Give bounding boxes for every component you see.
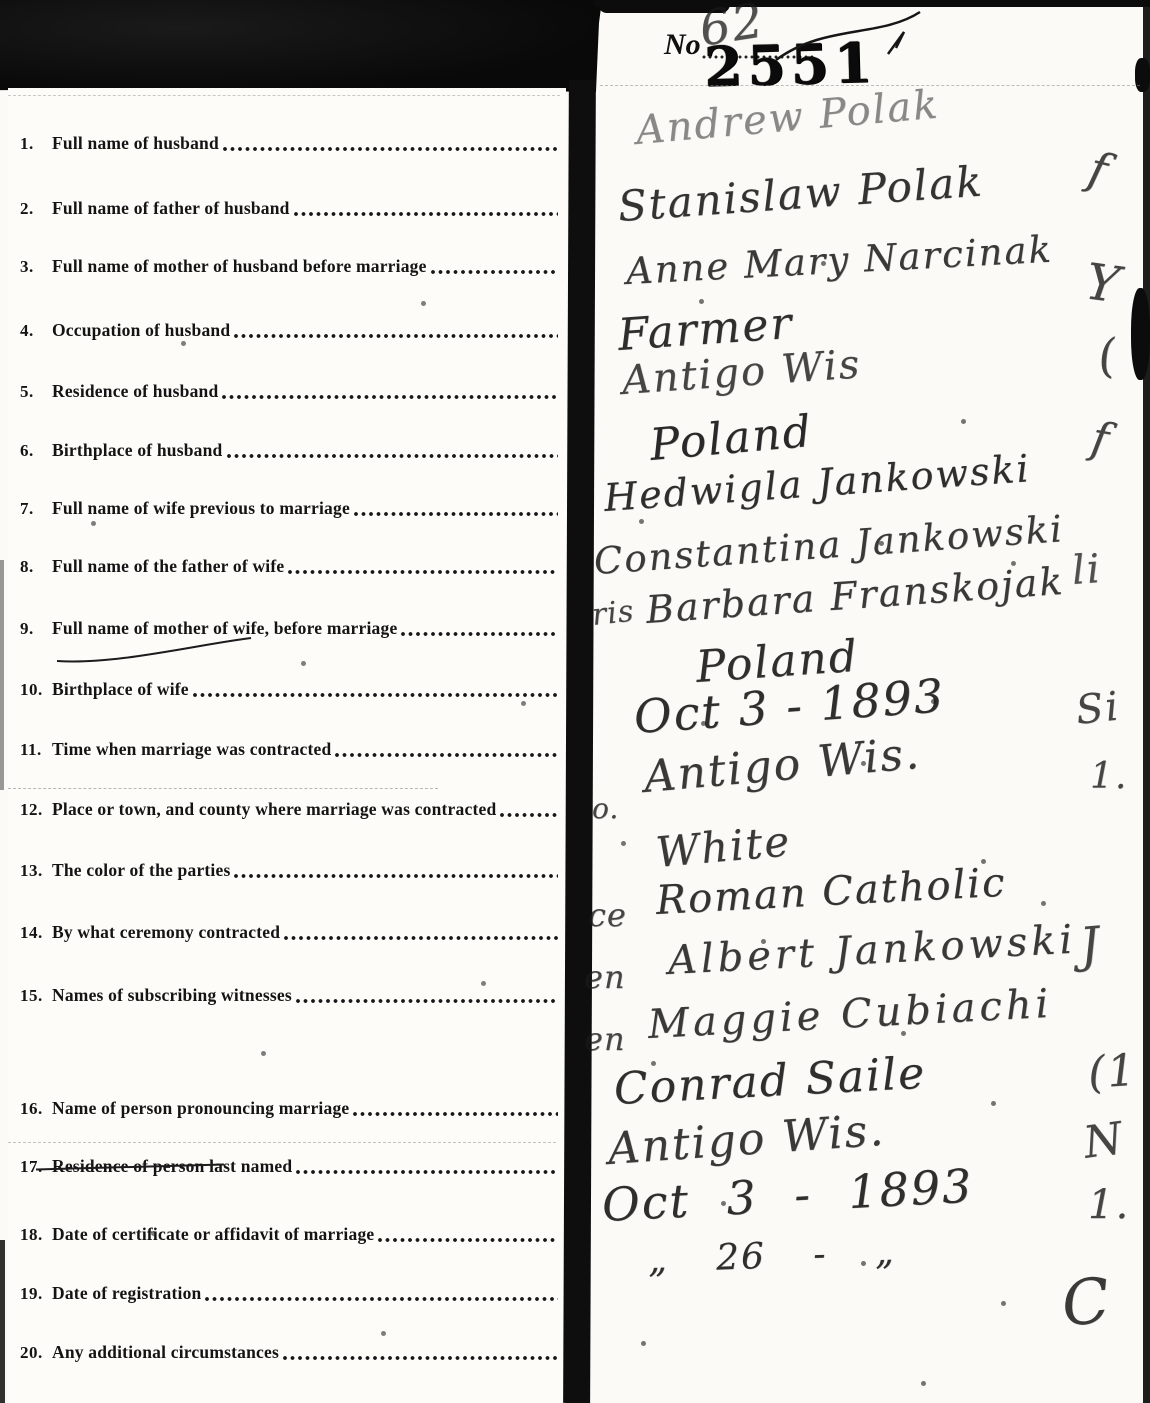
dotted-leader xyxy=(295,997,558,1005)
dotted-leader xyxy=(283,934,558,942)
form-row-3: 3.Full name of mother of husband before … xyxy=(20,256,558,277)
item-number: 17. xyxy=(20,1157,52,1177)
item-label: By what ceremony contracted xyxy=(52,922,283,943)
item-label: Names of subscribing witnesses xyxy=(52,985,295,1006)
dotted-leader xyxy=(499,811,558,819)
item-label: Birthplace of husband xyxy=(52,440,226,461)
form-row-16: 16.Name of person pronouncing marriage xyxy=(20,1098,558,1119)
answer-birthplace-husband: Poland xyxy=(648,406,815,471)
form-row-4: 4.Occupation of husband xyxy=(20,320,558,341)
form-row-13: 13.The color of the parties xyxy=(20,860,558,881)
stray-pen-mark: (1 xyxy=(1086,1045,1139,1099)
dotted-leader xyxy=(287,568,558,576)
dotted-leader xyxy=(352,1110,558,1118)
item-label: Full name of mother of husband before ma… xyxy=(52,256,430,277)
dotted-leader xyxy=(233,332,558,340)
stray-pen-mark: 1. xyxy=(1088,1182,1130,1228)
scan-edge-top-left xyxy=(0,0,602,92)
scan-edge-left xyxy=(0,1240,5,1403)
ink-speckles xyxy=(0,0,3,3)
stray-pen-mark: C xyxy=(1058,1263,1115,1341)
item-label: Residence of husband xyxy=(52,381,221,402)
item-number: 8. xyxy=(20,557,52,577)
item-number: 4. xyxy=(20,321,52,341)
answer-father-of-husband: Stanislaw Polak xyxy=(616,157,985,231)
scan-edge-right xyxy=(1143,0,1150,1403)
item-number: 19. xyxy=(20,1284,52,1304)
form-row-5: 5.Residence of husband xyxy=(20,381,558,402)
answer-registration-date: „ 26 - „ xyxy=(647,1231,896,1281)
item-number: 2. xyxy=(20,199,52,219)
item-number: 3. xyxy=(20,257,52,277)
item-number: 1. xyxy=(20,134,52,154)
answer-mother-of-husband: Anne Mary Narcinak xyxy=(625,228,1054,293)
form-row-6: 6.Birthplace of husband xyxy=(20,440,558,461)
item-label: Occupation of husband xyxy=(52,320,233,341)
item-number: 11. xyxy=(20,740,52,760)
dotted-leader xyxy=(204,1295,558,1303)
form-row-19: 19.Date of registration xyxy=(20,1283,558,1304)
item-number: 10. xyxy=(20,680,52,700)
form-row-8: 8.Full name of the father of wife xyxy=(20,556,558,577)
scan-artifact-line xyxy=(8,788,438,789)
dotted-leader xyxy=(282,1354,558,1362)
dotted-leader xyxy=(293,210,558,218)
item-label: The color of the parties xyxy=(52,860,233,881)
scan-artifact-line xyxy=(8,1142,556,1143)
stray-pen-mark: Si xyxy=(1074,684,1123,734)
form-row-14: 14.By what ceremony contracted xyxy=(20,922,558,943)
margin-fragment: ris xyxy=(590,594,636,633)
item-label: Date of certificate or affidavit of marr… xyxy=(52,1224,377,1245)
answer-color-of-parties: White xyxy=(654,816,793,877)
margin-fragment: o. xyxy=(592,792,619,825)
form-row-20: 20.Any additional circumstances xyxy=(20,1342,558,1363)
form-row-1: 1.Full name of husband xyxy=(20,133,558,154)
scan-artifact-line xyxy=(600,85,1140,86)
scanned-marriage-record: 1.Full name of husband 2.Full name of fa… xyxy=(0,0,1150,1403)
stray-pen-mark: 1. xyxy=(1090,756,1128,797)
stray-pen-mark: f xyxy=(1083,141,1115,198)
form-row-10: 10.Birthplace of wife xyxy=(20,679,558,700)
scan-edge-blob xyxy=(1131,288,1150,380)
item-number: 6. xyxy=(20,441,52,461)
item-number: 20. xyxy=(20,1343,52,1363)
dotted-leader xyxy=(295,1168,558,1176)
pen-flourish-checkmark xyxy=(770,2,970,68)
stray-pen-mark: ( xyxy=(1095,328,1120,384)
stray-pen-mark: li xyxy=(1070,546,1103,594)
item-number: 12. xyxy=(20,800,52,820)
scan-edge-left xyxy=(0,560,4,790)
dotted-leader xyxy=(233,872,558,880)
item-number: 18. xyxy=(20,1225,52,1245)
item-label: Full name of the father of wife xyxy=(52,556,287,577)
item-number: 7. xyxy=(20,499,52,519)
dotted-leader xyxy=(222,145,558,153)
form-row-11: 11.Time when marriage was contracted xyxy=(20,739,558,760)
form-row-12: 12.Place or town, and county where marri… xyxy=(20,799,558,820)
no-label: No xyxy=(664,28,701,62)
item-label: Full name of father of husband xyxy=(52,198,293,219)
item-number: 15. xyxy=(20,986,52,1006)
answer-witness-1: Albert Jankowski xyxy=(667,917,1077,984)
answer-witness-2: Maggie Cubiachi xyxy=(647,981,1054,1048)
item-number: 13. xyxy=(20,861,52,881)
margin-fragment: en xyxy=(584,958,626,996)
item-number: 16. xyxy=(20,1099,52,1119)
pen-flourish-under-item9 xyxy=(55,634,255,666)
dotted-leader xyxy=(192,691,558,699)
form-row-2: 2.Full name of father of husband xyxy=(20,198,558,219)
item-number: 9. xyxy=(20,619,52,639)
dotted-leader xyxy=(430,268,558,276)
dotted-leader xyxy=(400,630,558,638)
scan-edge-blob xyxy=(1135,58,1150,92)
item-number: 14. xyxy=(20,923,52,943)
scan-artifact-line xyxy=(8,95,560,96)
item-label: Name of person pronouncing marriage xyxy=(52,1098,352,1119)
margin-fragment: en xyxy=(584,1020,626,1058)
page-fold-divider xyxy=(563,80,596,1403)
item-number: 5. xyxy=(20,382,52,402)
dotted-leader xyxy=(221,393,558,401)
stray-pen-mark: f xyxy=(1088,412,1115,465)
item-label: Place or town, and county where marriage… xyxy=(52,799,499,820)
item-label: Time when marriage was contracted xyxy=(52,739,334,760)
form-row-18: 18.Date of certificate or affidavit of m… xyxy=(20,1224,558,1245)
item-label: Full name of wife previous to marriage xyxy=(52,498,353,519)
item-label: Date of registration xyxy=(52,1283,204,1304)
stray-pen-mark: N xyxy=(1080,1113,1127,1169)
dotted-leader xyxy=(226,452,559,460)
dotted-leader xyxy=(353,510,558,518)
stray-pen-mark: J xyxy=(1078,916,1104,974)
margin-fragment: ce xyxy=(588,896,627,934)
form-row-7: 7.Full name of wife previous to marriage xyxy=(20,498,558,519)
form-row-15: 15.Names of subscribing witnesses xyxy=(20,985,558,1006)
item-label: Full name of husband xyxy=(52,133,222,154)
item-label: Any additional circumstances xyxy=(52,1342,282,1363)
stray-pen-mark: Y xyxy=(1082,252,1125,314)
dotted-leader xyxy=(377,1236,558,1244)
item-label: Birthplace of wife xyxy=(52,679,192,700)
dotted-leader xyxy=(334,751,558,759)
